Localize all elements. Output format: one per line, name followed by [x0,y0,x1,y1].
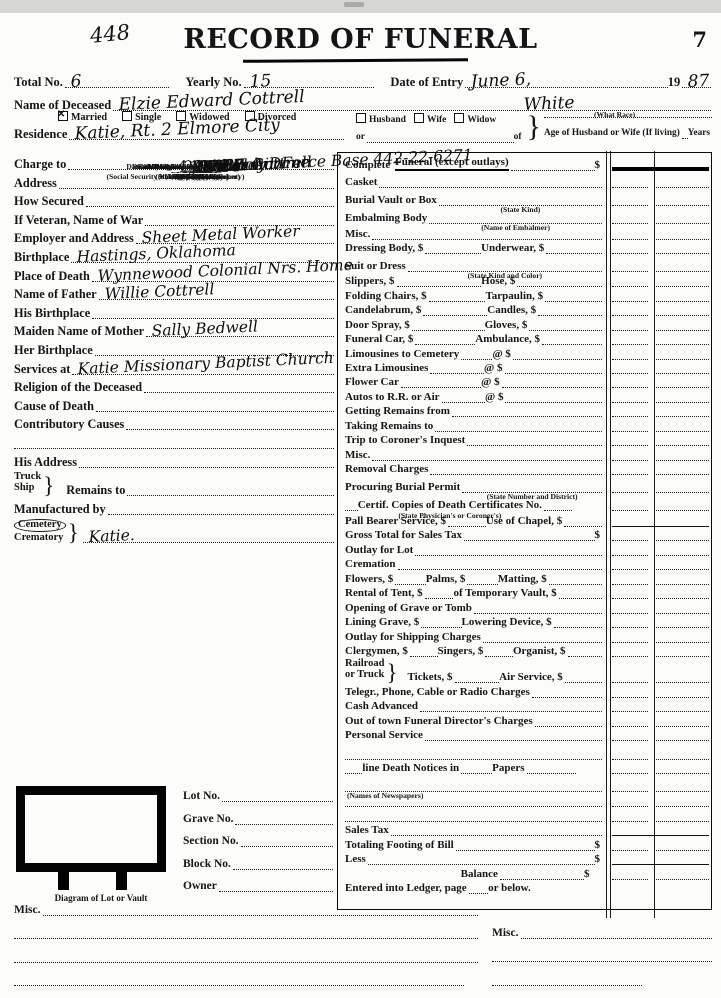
charge-item-row: Certif. Copies of Death Certificates No.… [345,499,711,512]
amount-dollars-blank [612,251,648,254]
dotted-blank [397,284,482,287]
charge-item-row: Entered into Ledger, pageor below. [345,881,711,894]
page-title: RECORD OF FUNERAL [0,24,721,55]
field-label: Autos to R.R. or Air [345,391,440,403]
spouse-info-block: Husband Wife Widow or of } Age of Husban… [356,110,712,144]
charge-description: Autos to R.R. or Air@ $ [345,390,606,403]
dotted-blank [430,371,484,374]
form-field-row [14,435,334,449]
dotted-blank: Willie Cottrell [99,297,334,300]
dotted-blank [14,446,334,449]
dotted-blank [517,284,602,287]
charge-item-row: Out of town Funeral Director's Charges [345,714,711,727]
field-label: Suit or Dress [345,260,406,272]
amount-cell [606,543,711,556]
charge-item-row: Totaling Footing of Bill$ [345,838,711,851]
charge-description [345,809,606,822]
charge-item-row: Door Spray, $Gloves, $ [345,318,711,331]
field-label: Removal Charges [345,463,428,475]
amount-dollars-blank [612,567,648,570]
field-label: Lowering Device, $ [462,616,552,628]
dotted-blank [233,867,333,870]
dotted-blank [410,654,438,657]
field-label: or below. [488,882,531,894]
amount-cents-blank [656,185,709,188]
dotted-blank [429,299,486,302]
record-of-funeral-page: 448 RECORD OF FUNERAL 7 Total No.6Yearly… [0,0,721,998]
dotted-blank [345,819,602,822]
form-field-row: Size of Casket(State Color and Number) [147,159,201,173]
field-caption: (State Color and Number) [155,173,240,181]
field-label: Singers, $ [438,645,484,657]
amount-cents-blank [656,400,709,403]
charge-description: Cremation [345,558,606,571]
field-label: $ [584,868,590,880]
amount-dollars-blank [612,414,648,417]
field-label: Opening of Grave or Tomb [345,602,472,614]
amount-dollars-blank [612,429,648,432]
header-field-row: Total No.6Yearly No.15Date of EntryJune … [14,72,711,88]
form-field-row: Name of FatherWillie Cottrell [14,286,334,300]
handwritten-value: White [524,97,575,112]
amount-cell [606,779,711,792]
amount-dollars-blank [612,709,648,712]
charge-description: Trip to Coroner's Inquest [345,434,606,447]
charges-rows: Complete Funeral (except outlays)$Casket… [345,158,711,894]
charge-description: Rental of Tent, $of Temporary Vault, $ [345,587,606,600]
dotted-blank [435,429,602,432]
amount-dollars-blank [612,472,648,475]
charge-item-row: Extra Limousines@ $ [345,361,711,374]
amount-dollars-blank [612,582,648,585]
amount-cell [606,275,711,288]
field-label: Outlay for Lot [345,544,413,556]
dotted-blank [345,508,358,511]
amount-dollars-blank [612,757,648,760]
amount-dollars-blank [612,640,648,643]
dotted-blank [126,427,334,430]
amount-cell [606,463,711,476]
dotted-blank [372,237,602,240]
charge-item-row: Telegr., Phone, Cable or Radio Charges [345,685,711,698]
charge-description: Less$ [345,852,606,865]
field-label: Out of town Funeral Director's Charges [345,715,533,727]
stacked-label-line: or Truck [345,670,384,681]
amount-dollars-blank [612,724,648,727]
amount-cell [606,448,711,461]
field-caption: (State Physician's or Coroner's) [398,512,501,520]
dotted-blank [420,709,602,712]
dotted-blank [79,465,334,468]
charge-description: Personal Service [345,728,606,741]
amount-dollars-blank [612,611,648,614]
field-label: Misc. [345,228,370,240]
amount-cents-blank [656,680,709,683]
checkbox-wife-icon [414,113,424,123]
amount-cell [606,529,711,542]
charge-item-row: Getting Remains from [345,405,711,418]
field-label: $ [595,159,601,171]
stacked-label: TruckShip [14,472,41,493]
spouse-checkboxes: Husband Wife Widow [356,112,524,125]
amount-cents-blank [656,789,709,792]
dotted-blank [500,877,584,880]
amount-cents-blank [656,848,709,851]
amount-dollars-blank [612,313,648,316]
field-label: Residence [14,128,67,140]
amount-cell [606,728,711,741]
charge-item-row [345,747,711,760]
field-label: Services at [14,363,70,375]
handwritten-value: Katie. [88,529,135,544]
charge-description: Totaling Footing of Bill$ [345,838,606,851]
dotted-blank [59,186,334,189]
field-label: @ $ [484,362,502,374]
form-field-row: Services atKatie Missionary Baptist Chur… [14,361,334,375]
charge-item-row: Gross Total for Sales Tax$ [345,529,711,542]
dotted-blank [391,833,602,836]
amount-cell [606,762,711,775]
checkbox-item-wife: Wife [414,112,446,125]
dotted-blank [421,625,461,628]
field-label: Organist, $ [513,645,566,657]
charge-description: Lining Grave, $Lowering Device, $ [345,616,606,629]
spacer [533,893,569,894]
form-field-row: Cause of Death [14,398,334,412]
misc-line-row [492,948,712,962]
dotted-blank [469,891,489,894]
form-field-row: Place of DeathWynnewood Colonial Nrs. Ho… [14,268,334,282]
field-label: @ $ [481,376,499,388]
dotted-blank [96,409,334,412]
charge-description: Misc. [345,227,606,240]
charge-description: Outlay for Lot [345,543,606,556]
charge-item-row [345,809,711,822]
charge-item-row: (Names of Newspapers) [345,779,711,792]
amount-cell [606,419,711,432]
charge-description: Balance$ [345,867,606,880]
amount-cents-blank [656,596,709,599]
diagram-leg [116,863,127,890]
field-label: Taking Remains to [345,420,433,432]
form-field-row: Religion of the Deceased [14,379,334,393]
charge-item-row: Autos to R.R. or Air@ $ [345,390,711,403]
charge-description: (Names of Newspapers) [345,779,606,792]
dotted-blank [511,168,595,171]
amount-cents-blank [656,538,709,541]
field-label: Total No. [14,76,63,88]
field-caption: (Names of Newspapers) [347,792,423,800]
field-label: Gross Total for Sales Tax [345,529,462,541]
charge-item-row: Procuring Burial Permit(State Number and… [345,480,711,493]
amount-dollars-blank [612,508,648,511]
amount-dollars-blank [612,284,648,287]
dotted-blank [452,414,602,417]
amount-cell [606,390,711,403]
field-label: $ [595,853,601,865]
brace: } [386,664,397,682]
amount-dollars-blank [612,538,648,541]
dotted-blank [14,983,464,986]
charge-item-row: Clergymen, $Singers, $Organist, $ [345,645,711,658]
lot-field-row: Owner [183,878,333,892]
field-label: Lot No. [183,790,220,802]
field-label: of Temporary Vault, $ [453,587,556,599]
left-fields-column: Charge toAddressOrder given byWillie Cot… [14,156,334,548]
field-label: Outlay for Shipping Charges [345,631,481,643]
charge-item-row: Less$ [345,852,711,865]
dotted-blank: Katie. [83,540,334,543]
charge-item-row: Suit or Dress(State Kind and Color) [345,259,711,272]
field-label: Funeral Car, $ [345,333,413,345]
amount-cell [606,794,711,807]
dotted-blank [559,596,602,599]
dotted-blank [222,799,333,802]
field-label: Remains to [66,484,125,496]
amount-cents-blank [656,695,709,698]
checkbox-label: Married [71,112,107,123]
amount-cell [606,852,711,865]
dotted-blank [467,443,602,446]
amount-dollars-blank [612,848,648,851]
amount-dollars-blank [612,490,648,493]
amount-cell [606,587,711,600]
field-label: Papers [492,762,524,774]
dotted-blank [492,983,642,986]
dotted-blank: Katie Missionary Baptist Church [72,372,334,375]
amount-cell [606,318,711,331]
amount-cell [606,747,711,760]
amount-cell [606,645,711,658]
dotted-blank [425,738,602,741]
field-label: Folding Chairs, $ [345,290,427,302]
field-label: Candles, $ [487,304,536,316]
lot-fields-column: Lot No.Grave No.Section No.Block No.Owne… [183,788,333,901]
dotted-blank [415,342,475,345]
amount-dollars-blank [612,443,648,446]
field-label: Certif. Copies of Death Certificates No.… [358,499,542,511]
amount-dollars-blank [612,371,648,374]
dotted-blank [532,695,602,698]
dotted-blank [456,848,595,851]
amount-cents-blank [656,611,709,614]
charge-item-row: Misc. [345,448,711,461]
amount-cents-blank [656,414,709,417]
handwritten-value: 6 [70,76,81,89]
misc-line-row [14,949,478,963]
charge-item-row: Cash Advanced [345,699,711,712]
amount-dollars-blank [612,680,648,683]
field-label: Lining Grave, $ [345,616,419,628]
amount-rule-line [612,524,709,527]
charge-item-row: Limousines to Cemetery@ $ [345,347,711,360]
field-label: Matting, $ [498,573,547,585]
amount-cents-blank [656,251,709,254]
checkbox-item-husband: Husband [356,112,406,125]
amount-dollars-blank [612,237,648,240]
dotted-blank [86,204,334,207]
form-field-row: CemeteryCrematory}Katie. [14,519,334,543]
field-label: Ambulance, $ [475,333,540,345]
field-label: How Secured [14,195,84,207]
right-misc-lines: Misc. [492,925,712,995]
amount-cents-blank [656,371,709,374]
field-label: 19 [668,76,681,88]
amount-cell [606,361,711,374]
header-field-row: Name of DeceasedElzie Edward CottrellWhi… [14,95,711,111]
dotted-blank [401,385,481,388]
dotted-blank [554,625,602,628]
field-label: Less [345,853,366,865]
field-caption: (State Kind and Color) [468,272,542,280]
form-field-row: TruckShip}Remains to [14,472,334,496]
dotted-blank [485,654,513,657]
checkbox-married-checked-icon [58,111,68,121]
amount-cents-blank [656,640,709,643]
field-label: Misc. [14,904,41,916]
amount-heavy-line [612,165,709,171]
amount-cents-blank [656,804,709,807]
charge-item-row: Removal Charges [345,463,711,476]
amount-cell [606,347,711,360]
spouse-age-line: Age of Husband or Wife (If living) Years [544,127,712,139]
itemized-charges-box: Complete Funeral (except outlays)$Casket… [337,152,712,910]
dotted-blank [241,844,333,847]
dotted-blank [367,140,514,143]
field-label: Her Birthplace [14,344,93,356]
dotted-blank [535,724,602,727]
field-label: Employer and Address [14,232,134,244]
field-label: Section No. [183,835,239,847]
dotted-blank [527,771,577,774]
amount-rule-line [612,833,709,836]
dotted-blank: 15 [244,85,375,88]
stacked-label: CemeteryCrematory [14,519,66,543]
amount-dollars-blank [612,877,648,880]
charge-description: Gross Total for Sales Tax$ [345,529,606,542]
amount-cents-blank [656,553,709,556]
field-label: Place of Death [14,270,90,282]
charge-description: Certif. Copies of Death Certificates No.… [345,499,606,512]
years-label: Years [688,127,710,139]
amount-cents-blank [656,709,709,712]
age-of-spouse-label: Age of Husband or Wife (If living) [544,127,680,139]
amount-dollars-blank [612,221,648,224]
charge-item-row: Rental of Tent, $of Temporary Vault, $ [345,587,711,600]
checkbox-label: Husband [369,115,406,125]
field-label: $ [595,529,601,541]
charge-description: Casket [345,176,606,189]
dotted-blank [546,251,602,254]
field-label: Burial Vault or Box [345,194,437,206]
charge-description: Extra Limousines@ $ [345,361,606,374]
amount-dollars-blank [612,458,648,461]
amount-cell [606,434,711,447]
charge-description: Out of town Funeral Director's Charges [345,714,606,727]
field-label: @ $ [492,348,510,360]
charge-description: line Death Notices inPapers [345,762,606,775]
charge-item-row: Outlay for Lot [345,543,711,556]
dotted-blank [127,493,334,496]
dotted-blank [415,553,602,556]
amount-cents-blank [656,385,709,388]
misc-line-row: Misc. [14,902,478,916]
lot-diagram-block: Diagram of Lot or Vault [16,786,196,872]
field-label: Telegr., Phone, Cable or Radio Charges [345,686,530,698]
charge-item-row: Candelabrum, $Candles, $ [345,303,711,316]
dotted-blank: 87 [682,85,711,88]
scan-smudge [344,2,364,7]
dotted-blank: (State Kind and Color) [408,269,602,272]
amount-cents-blank [656,771,709,774]
dotted-blank [345,771,362,774]
charge-description: Funeral Car, $Ambulance, $ [345,332,606,345]
field-caption: (Name of Embalmer) [481,224,550,232]
charge-description: Removal Charges [345,463,606,476]
brace: } [43,477,54,495]
dotted-blank: Katie, Rt. 2 Elmore City [69,137,344,140]
or-label: or [356,131,365,143]
lot-vault-diagram [16,786,166,872]
field-label: Yearly No. [185,76,241,88]
charge-description: Getting Remains from [345,405,606,418]
field-label: Cremation [345,558,396,570]
amount-dollars-blank [612,596,648,599]
amount-cell [606,809,711,822]
amount-cell [606,630,711,643]
charge-item-row: Taking Remains to [345,419,711,432]
amount-dollars-blank [612,185,648,188]
amount-cell [606,303,711,316]
misc-line-row: Misc. [492,925,712,939]
charge-item-row: Personal Service [345,728,711,741]
field-label: Date of Entry [390,76,463,88]
field-label: Getting Remains from [345,405,450,417]
amount-cents-blank [656,458,709,461]
form-field-row: Contributory Causes [14,416,334,430]
amount-cell [606,601,711,614]
amount-cents-blank [656,269,709,272]
dotted-blank [521,936,712,939]
charge-description: Sales Tax [345,823,606,836]
spouse-left: Husband Wife Widow or of [356,112,524,143]
field-label: Casket [345,176,377,188]
charge-description: Cash Advanced [345,699,606,712]
field-label: Birthplace [14,251,69,263]
handwritten-value: 87 [688,75,710,89]
field-label: Entered into Ledger, page [345,882,467,894]
charge-item-row: Embalming Body(Name of Embalmer) [345,212,711,225]
field-label: Rental of Tent, $ [345,587,423,599]
amount-cents-blank [656,472,709,475]
amount-cents-blank [656,357,709,360]
amount-cell [606,714,711,727]
diagram-leg [58,863,69,890]
dotted-blank [430,472,602,475]
amount-cell [606,289,711,302]
amount-cents-blank [656,237,709,240]
charge-item-row: line Death Notices inPapers [345,762,711,775]
amount-cents-blank [656,313,709,316]
checkbox-label: Wife [427,115,446,125]
field-label: Slippers, $ [345,275,395,287]
charge-description: Misc. [345,448,606,461]
charge-description: Candelabrum, $Candles, $ [345,303,606,316]
dotted-blank [235,822,333,825]
charge-item-row: Funeral Car, $Ambulance, $ [345,332,711,345]
charge-description: Dressing Body, $Underwear, $ [345,242,606,255]
amount-cents-blank [656,877,709,880]
